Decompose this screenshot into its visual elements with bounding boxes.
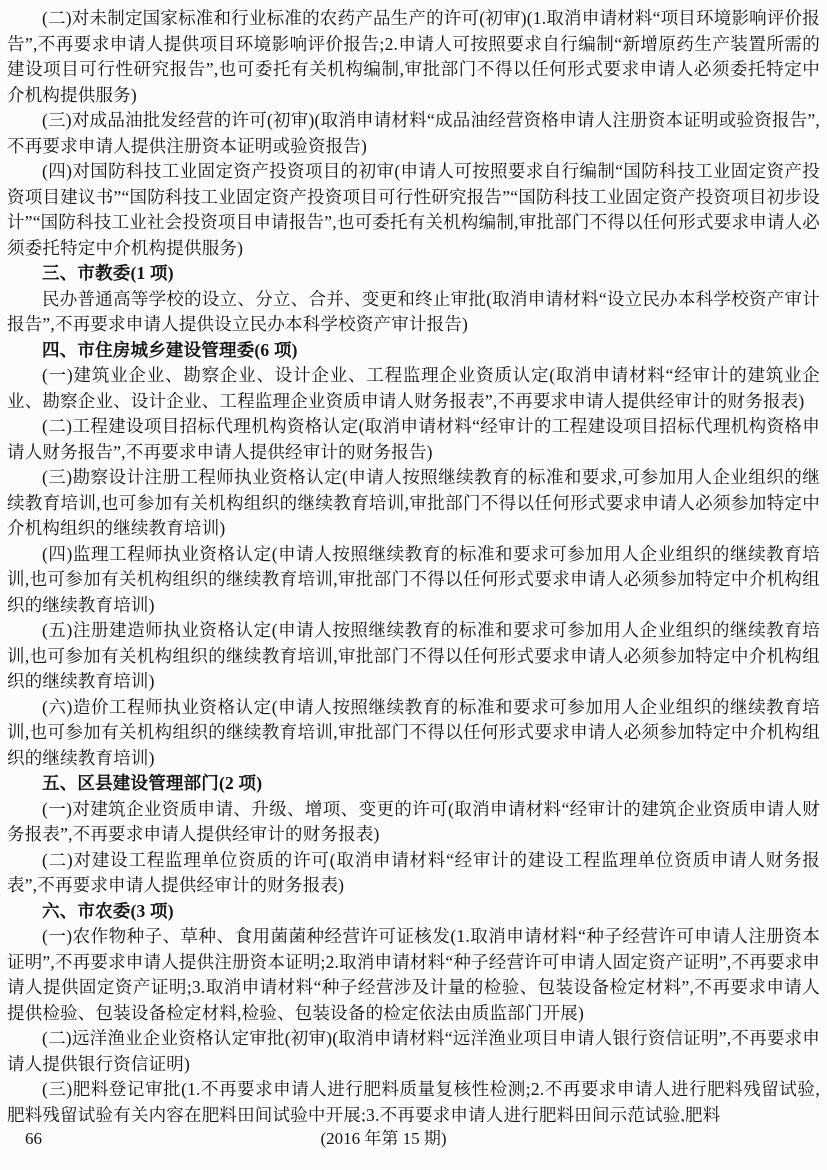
paragraph: (三)肥料登记审批(1.不再要求申请人进行肥料质量复核性检测;2.不再要求申请人… <box>7 1077 820 1122</box>
paragraph: (一)对建筑企业资质申请、升级、增项、变更的许可(取消申请材料“经审计的建筑企业… <box>7 797 820 848</box>
paragraph: (一)农作物种子、草种、食用菌菌种经营许可证核发(1.取消申请材料“种子经营许可… <box>7 924 820 1026</box>
section-heading: 三、市教委(1 项) <box>7 261 820 287</box>
page-footer: 66 (2016 年第 15 期) <box>0 1126 827 1152</box>
section-heading: 五、区县建设管理部门(2 项) <box>7 771 820 797</box>
paragraph: (二)对建设工程监理单位资质的许可(取消申请材料“经审计的建设工程监理单位资质申… <box>7 848 820 899</box>
paragraph: (二)远洋渔业企业资格认定审批(初审)(取消申请材料“远洋渔业项目申请人银行资信… <box>7 1026 820 1077</box>
paragraph: (二)工程建设项目招标代理机构资格认定(取消申请材料“经审计的工程建设项目招标代… <box>7 414 820 465</box>
section-heading: 四、市住房城乡建设管理委(6 项) <box>7 338 820 364</box>
paragraph: (二)对未制定国家标准和行业标准的农药产品生产的许可(初审)(1.取消申请材料“… <box>7 6 820 108</box>
document-body: (二)对未制定国家标准和行业标准的农药产品生产的许可(初审)(1.取消申请材料“… <box>7 6 820 1122</box>
paragraph: (四)对国防科技工业固定资产投资项目的初审(申请人可按照要求自行编制“国防科技工… <box>7 159 820 261</box>
paragraph: (四)监理工程师执业资格认定(申请人按照继续教育的标准和要求可参加用人企业组织的… <box>7 542 820 619</box>
document-page: (二)对未制定国家标准和行业标准的农药产品生产的许可(初审)(1.取消申请材料“… <box>0 0 827 1170</box>
paragraph: (三)勘察设计注册工程师执业资格认定(申请人按照继续教育的标准和要求,可参加用人… <box>7 465 820 542</box>
issue-label: (2016 年第 15 期) <box>0 1126 767 1152</box>
paragraph: (六)造价工程师执业资格认定(申请人按照继续教育的标准和要求可参加用人企业组织的… <box>7 695 820 772</box>
paragraph: (三)对成品油批发经营的许可(初审)(取消申请材料“成品油经营资格申请人注册资本… <box>7 108 820 159</box>
section-heading: 六、市农委(3 项) <box>7 899 820 925</box>
paragraph: (一)建筑业企业、勘察企业、设计企业、工程监理企业资质认定(取消申请材料“经审计… <box>7 363 820 414</box>
paragraph: 民办普通高等学校的设立、分立、合并、变更和终止审批(取消申请材料“设立民办本科学… <box>7 287 820 338</box>
paragraph: (五)注册建造师执业资格认定(申请人按照继续教育的标准和要求可参加用人企业组织的… <box>7 618 820 695</box>
